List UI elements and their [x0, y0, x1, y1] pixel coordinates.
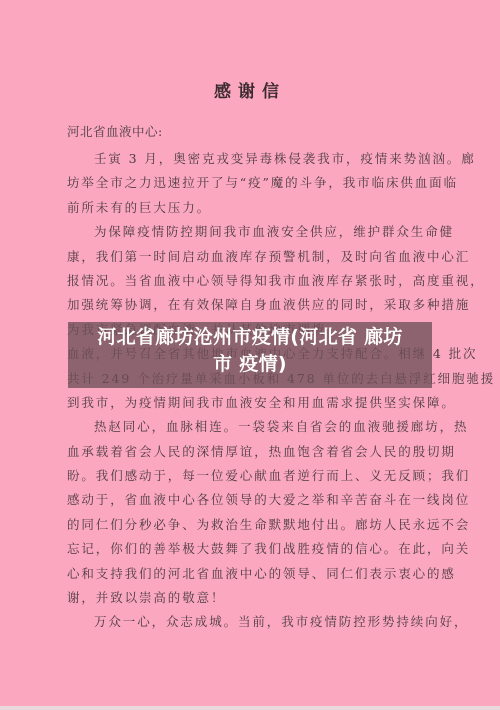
letter-line: 感动于，省血液中心各位领导的大爱之举和辛苦奋斗在一线岗位 [67, 488, 439, 512]
letter-line: 为保障疫情防控期间我市血液安全供应，维护群众生命健 [67, 220, 439, 244]
caption-overlay-text: 河北省廊坊沧州市疫情(河北省 廊坊 市 疫情) [68, 324, 432, 378]
caption-line-1: 河北省廊坊沧州市疫情(河北省 廊坊 [68, 324, 432, 351]
letter-line: 忘记，你们的善举极大鼓舞了我们战胜疫情的信心。在此，向关 [67, 537, 439, 561]
letter-body: 壬寅 3 月，奥密克戎变异毒株侵袭我市，疫情来势汹汹。廊 坊举全市之力迅速拉开了… [67, 147, 439, 635]
caption-line-2: 市 疫情) [68, 351, 432, 378]
page-bottom-edge [0, 706, 500, 710]
letter-line: 血承载着省会人民的深情厚谊，热血饱含着省会人民的殷切期 [67, 440, 439, 464]
letter-line: 热赵同心，血脉相连。一袋袋来自省会的血液驰援廊坊，热 [67, 415, 439, 439]
letter-line: 谢，并致以崇高的敬意！ [67, 586, 439, 610]
letter-line: 心和支持我们的河北省血液中心的领导、同仁们表示衷心的感 [67, 562, 439, 586]
letter-line: 万众一心，众志成城。当前，我市疫情防控形势持续向好， [67, 610, 439, 634]
letter-line: 前所未有的巨大压力。 [67, 196, 439, 220]
letter-line: 报情况。当省血液中心领导得知我市血液库存紧张时，高度重视， [67, 269, 439, 293]
letter-line: 加强统筹协调，在有效保障自身血液供应的同时，采取多种措施 [67, 293, 439, 317]
letter-line: 盼。我们感动于，每一位爱心献血者逆行而上、义无反顾；我们 [67, 464, 439, 488]
letter-line: 坊举全市之力迅速拉开了与“疫”魔的斗争，我市临床供血面临 [67, 171, 439, 195]
letter-title: 感谢信 [0, 77, 500, 102]
letter-line: 到我市，为疫情期间我市血液安全和用血需求提供坚实保障。 [67, 391, 439, 415]
letter-line: 康，我们第一时间启动血液库存预警机制，及时向省血液中心汇 [67, 245, 439, 269]
letter-line: 的同仁们分秒必争、为救治生命默默地付出。廊坊人民永远不会 [67, 513, 439, 537]
letter-salutation: 河北省血液中心: [67, 122, 163, 140]
letter-line: 壬寅 3 月，奥密克戎变异毒株侵袭我市，疫情来势汹汹。廊 [67, 147, 439, 171]
